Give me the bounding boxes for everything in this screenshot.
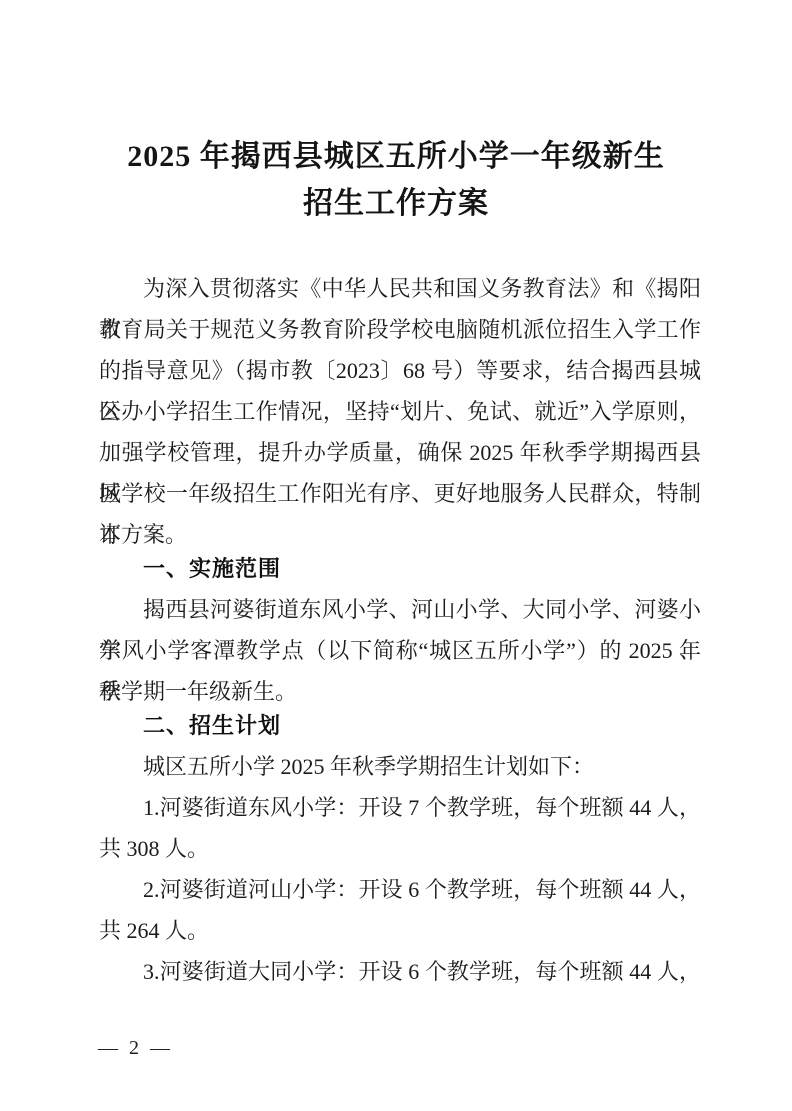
section-line: 城区五所小学 2025 年秋季学期招生计划如下：: [99, 746, 701, 787]
intro-line: 教育局关于规范义务教育阶段学校电脑随机派位招生入学工作: [99, 309, 701, 350]
section-line: 共 308 人。: [99, 828, 701, 869]
intro-line: 区学校一年级招生工作阳光有序、更好地服务人民群众，特制订: [99, 473, 701, 514]
section-heading-scope: 一、实施范围: [99, 548, 701, 589]
section-line: 揭西县河婆街道东风小学、河山小学、大同小学、河婆小学、: [99, 589, 701, 630]
document-page: 2025 年揭西县城区五所小学一年级新生 招生工作方案 为深入贯彻落实《中华人民…: [0, 0, 792, 1111]
section-line: 东风小学客潭教学点（以下简称“城区五所小学”）的 2025 年秋: [99, 630, 701, 671]
intro-line: 为深入贯彻落实《中华人民共和国义务教育法》和《揭阳市: [99, 268, 701, 309]
section-line: 2.河婆街道河山小学：开设 6 个教学班，每个班额 44 人，: [99, 869, 701, 910]
intro-line: 的指导意见》（揭市教〔2023〕68 号）等要求，结合揭西县城区: [99, 350, 701, 391]
document-body: 为深入贯彻落实《中华人民共和国义务教育法》和《揭阳市 教育局关于规范义务教育阶段…: [99, 268, 701, 992]
section-line: 1.河婆街道东风小学：开设 7 个教学班，每个班额 44 人，: [99, 787, 701, 828]
page-number: — 2 —: [98, 1034, 173, 1062]
document-title-line-1: 2025 年揭西县城区五所小学一年级新生: [0, 133, 792, 180]
section-heading-plan: 二、招生计划: [99, 705, 701, 746]
intro-line: 加强学校管理，提升办学质量，确保 2025 年秋季学期揭西县城: [99, 432, 701, 473]
intro-line: 公办小学招生工作情况，坚持“划片、免试、就近”入学原则，: [99, 391, 701, 432]
document-title: 2025 年揭西县城区五所小学一年级新生 招生工作方案: [0, 133, 792, 227]
document-title-line-2: 招生工作方案: [0, 180, 792, 227]
section-line: 共 264 人。: [99, 910, 701, 951]
section-line: 3.河婆街道大同小学：开设 6 个教学班，每个班额 44 人，: [99, 951, 701, 992]
